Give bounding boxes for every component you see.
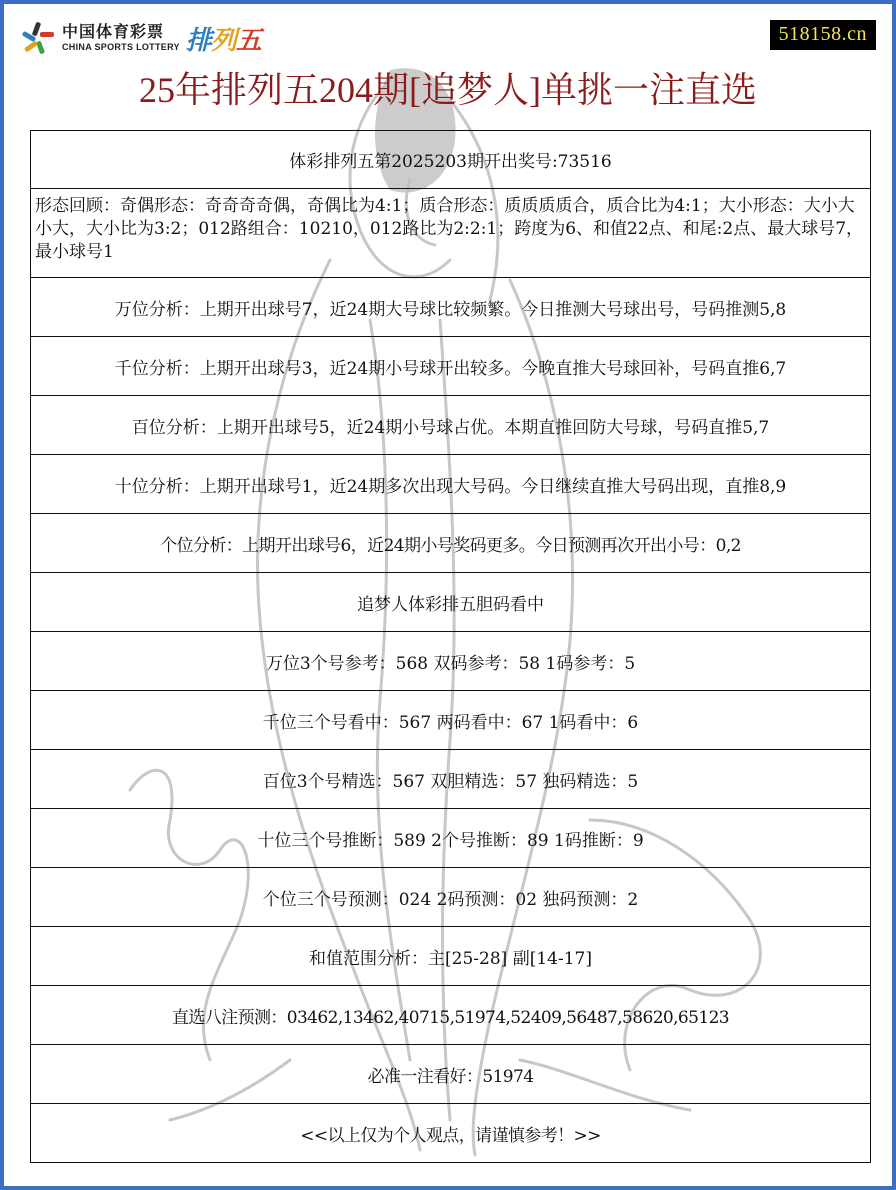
sum-range-row: 和值范围分析：主[25-28] 副[14-17]: [31, 926, 870, 985]
page-title: 25年排列五204期[追梦人]单挑一注直选: [0, 62, 896, 118]
page-header: 中国体育彩票 CHINA SPORTS LOTTERY 排列五 518158.c…: [0, 0, 896, 130]
tens-picks-row: 十位三个号推断：589 2个号推断：89 1码推断：9: [31, 808, 870, 867]
units-picks-row: 个位三个号预测：024 2码预测：02 独码预测：2: [31, 867, 870, 926]
site-domain-badge: 518158.cn: [770, 20, 876, 50]
tens-analysis-row: 十位分析：上期开出球号1，近24期多次出现大号码。今日继续直推大号码出现，直推8…: [31, 454, 870, 513]
game-name-logo: 排列五: [186, 20, 261, 57]
china-sports-lottery-logo: 中国体育彩票 CHINA SPORTS LOTTERY 排列五: [18, 18, 261, 58]
pattern-review-row: 形态回顾：奇偶形态：奇奇奇奇偶，奇偶比为4:1；质合形态：质质质质合，质合比为4…: [31, 188, 870, 277]
prediction-table: 体彩排列五第2025203期开出奖号:73516 形态回顾：奇偶形态：奇奇奇奇偶…: [30, 130, 871, 1163]
disclaimer-row: <<以上仅为个人观点，请谨慎参考！>>: [31, 1103, 870, 1162]
single-best-pick-row: 必准一注看好：51974: [31, 1044, 870, 1103]
logo-english-text: CHINA SPORTS LOTTERY: [62, 43, 180, 52]
units-analysis-row: 个位分析：上期开出球号6，近24期小号奖码更多。今日预测再次开出小号：0,2: [31, 513, 870, 572]
lottery-star-icon: [18, 20, 54, 56]
key-numbers-heading-row: 追梦人体彩排五胆码看中: [31, 572, 870, 631]
thousands-analysis-row: 千位分析：上期开出球号3，近24期小号球开出较多。今晚直推大号球回补，号码直推6…: [31, 336, 870, 395]
last-draw-result-row: 体彩排列五第2025203期开出奖号:73516: [31, 131, 870, 188]
hundreds-picks-row: 百位3个号精选：567 双胆精选：57 独码精选：5: [31, 749, 870, 808]
ten-thousands-picks-row: 万位3个号参考：568 双码参考：58 1码参考：5: [31, 631, 870, 690]
eight-direct-picks-row: 直选八注预测：03462,13462,40715,51974,52409,564…: [31, 985, 870, 1044]
hundreds-analysis-row: 百位分析：上期开出球号5，近24期小号球占优。本期直推回防大号球，号码直推5,7: [31, 395, 870, 454]
thousands-picks-row: 千位三个号看中：567 两码看中：67 1码看中：6: [31, 690, 870, 749]
ten-thousands-analysis-row: 万位分析：上期开出球号7，近24期大号球比较频繁。今日推测大号球出号，号码推测5…: [31, 277, 870, 336]
logo-chinese-text: 中国体育彩票: [62, 24, 180, 40]
